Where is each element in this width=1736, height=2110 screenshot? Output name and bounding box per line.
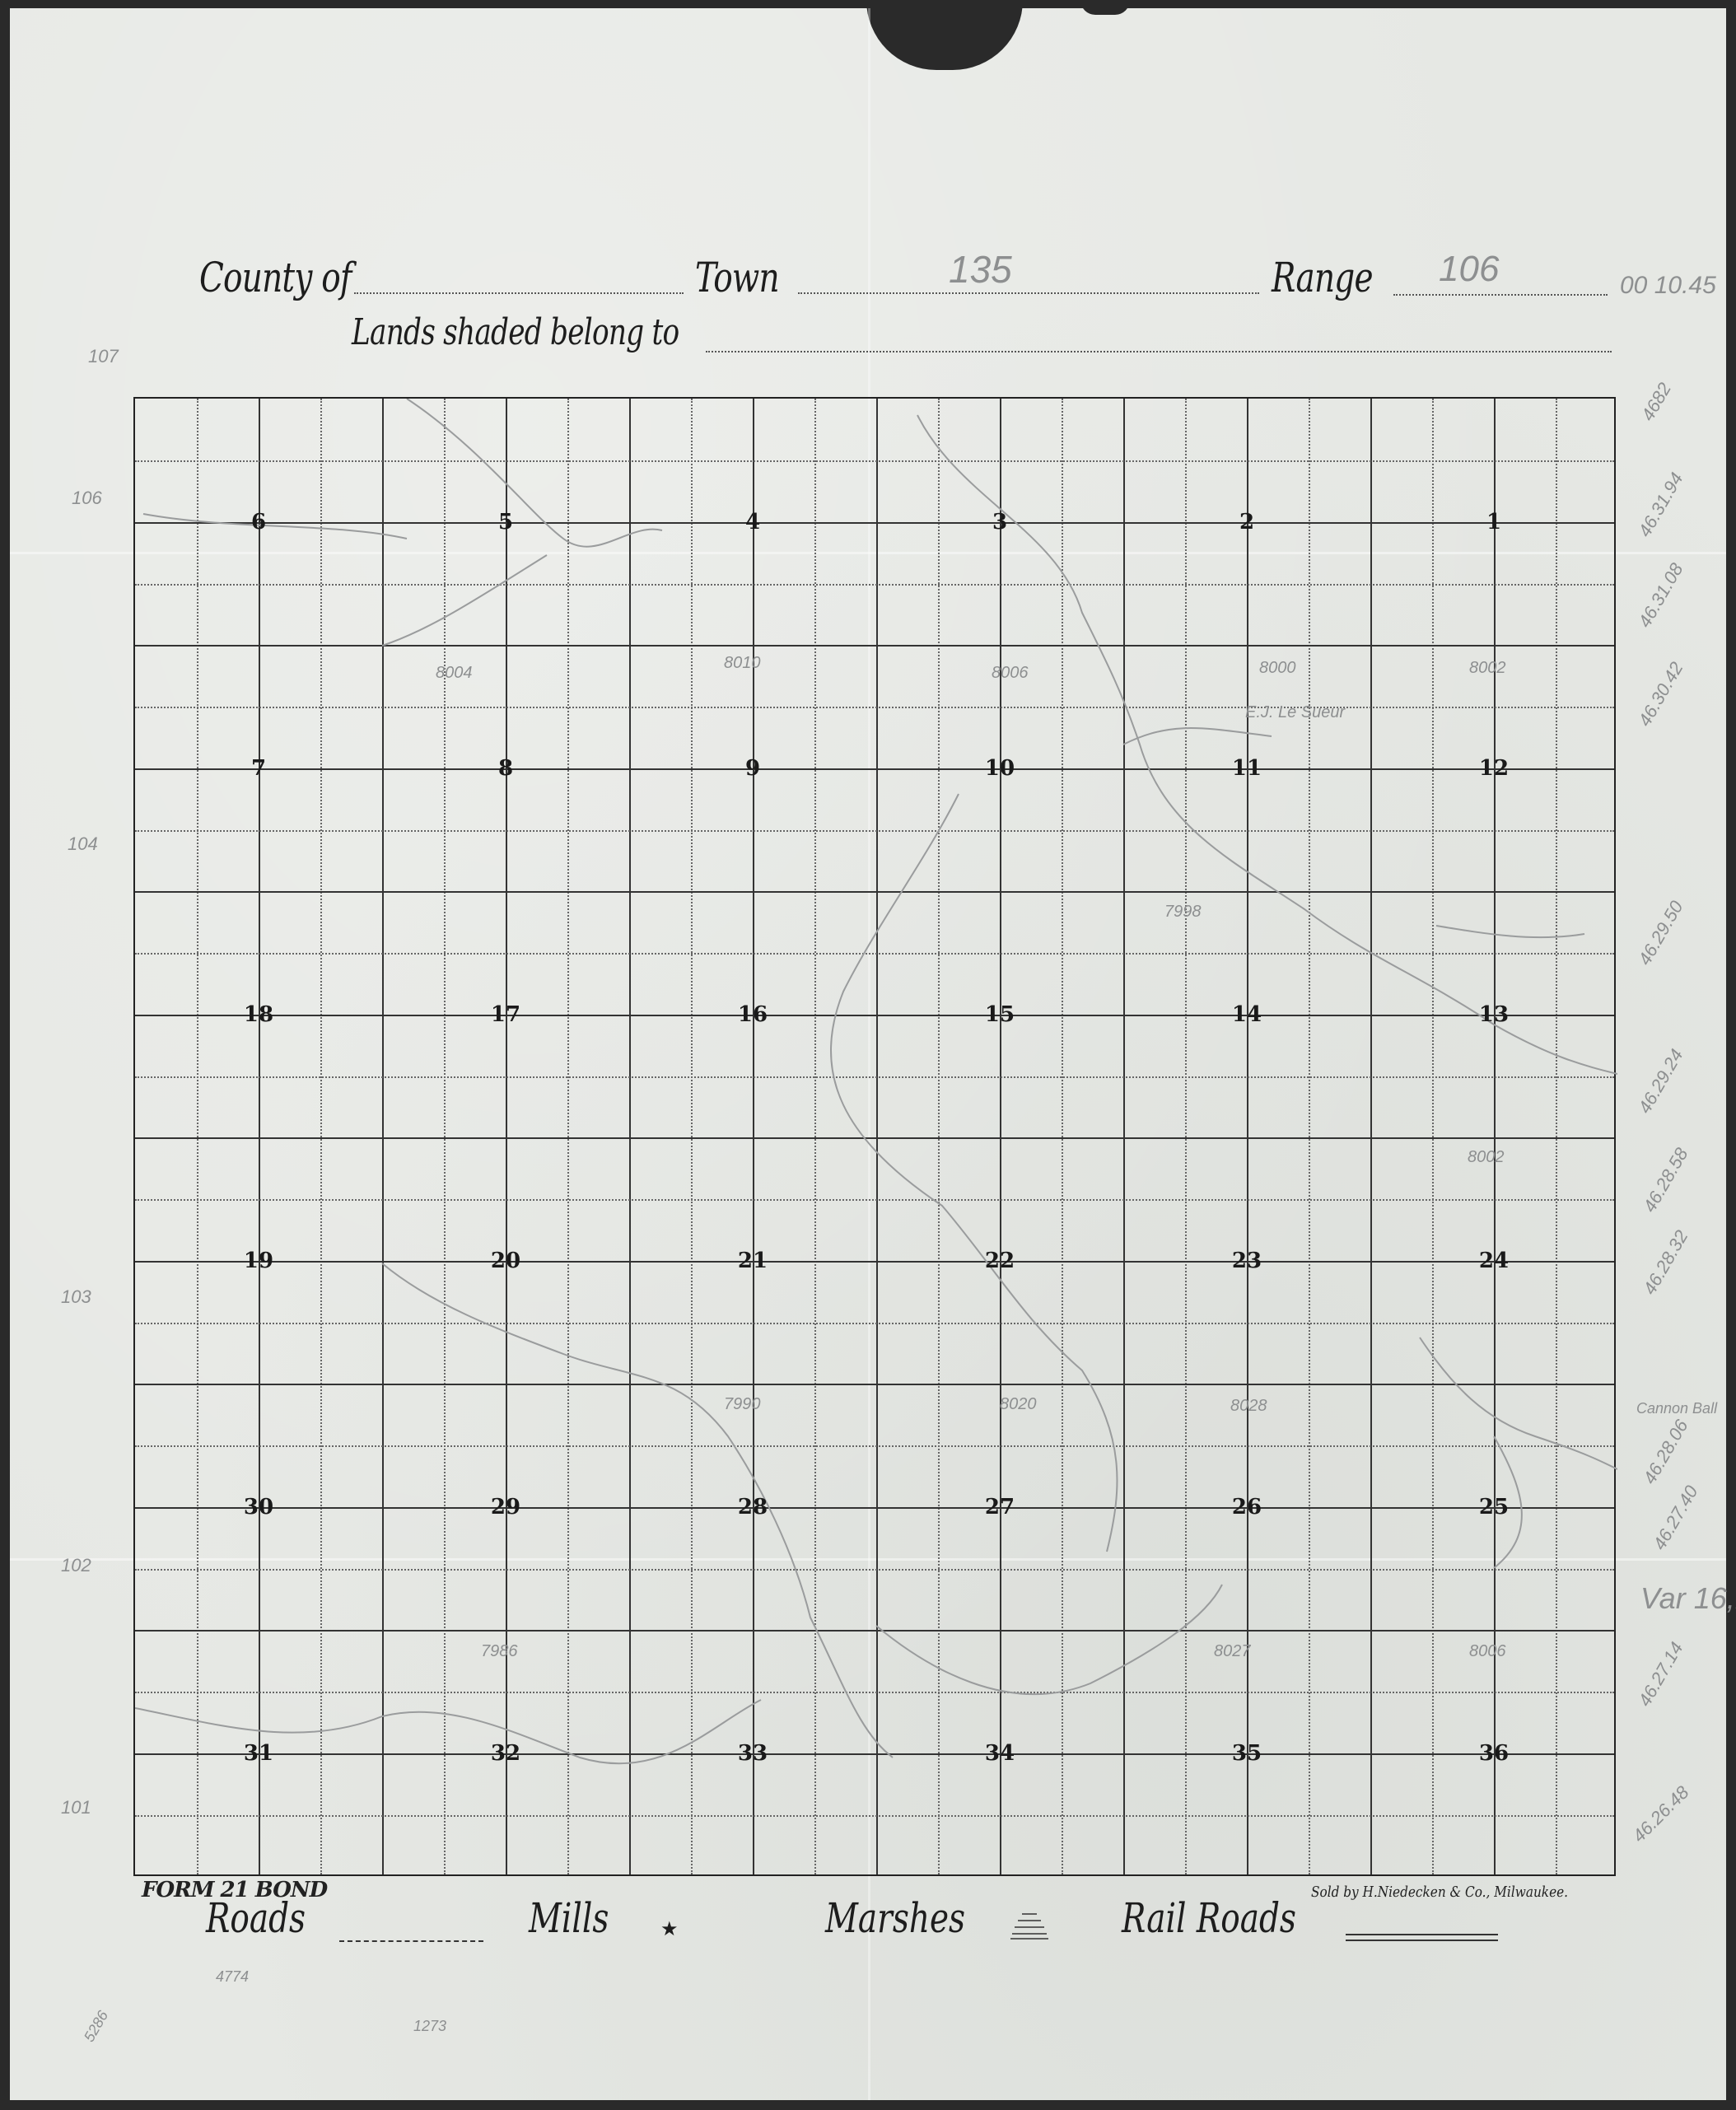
pencil-stream-traces bbox=[135, 399, 1617, 1878]
pencil-margin-right: 46.27.40 bbox=[1649, 1482, 1702, 1553]
pencil-margin-right: 46.28.32 bbox=[1639, 1226, 1692, 1298]
town-field[interactable] bbox=[798, 292, 1259, 294]
legend-roads-line bbox=[339, 1940, 483, 1942]
range-value: 106 bbox=[1439, 249, 1499, 290]
section-9[interactable]: 9 bbox=[745, 756, 760, 781]
owner-label: Lands shaded belong to bbox=[352, 311, 679, 353]
pencil-margin-right: 4682 bbox=[1637, 379, 1676, 424]
pencil-variation: Var 16,10 bbox=[1640, 1581, 1736, 1616]
section-29[interactable]: 29 bbox=[491, 1495, 520, 1519]
section-32[interactable]: 32 bbox=[491, 1741, 520, 1766]
section-11[interactable]: 11 bbox=[1232, 756, 1262, 781]
pencil-note: 7998 bbox=[1164, 903, 1202, 922]
section-31[interactable]: 31 bbox=[244, 1741, 273, 1766]
pencil-note: 8010 bbox=[724, 654, 761, 673]
pencil-note: 8020 bbox=[1000, 1395, 1037, 1414]
section-4[interactable]: 4 bbox=[745, 510, 760, 535]
pencil-note-topright: 00 10.45 bbox=[1620, 272, 1716, 300]
section-18[interactable]: 18 bbox=[244, 1002, 273, 1027]
sheet-notch bbox=[866, 0, 1023, 70]
township-grid: 6 5 4 3 2 1 7 8 9 10 11 12 18 17 16 15 1… bbox=[133, 397, 1616, 1876]
pencil-note-owner: E.J. Le Sueur bbox=[1245, 703, 1345, 722]
marsh-symbol-icon bbox=[1010, 1909, 1048, 1940]
section-16[interactable]: 16 bbox=[738, 1002, 768, 1027]
section-35[interactable]: 35 bbox=[1232, 1741, 1262, 1766]
pencil-margin: 102 bbox=[61, 1555, 91, 1576]
pencil-margin-right: 46.29.50 bbox=[1634, 897, 1687, 969]
range-field[interactable] bbox=[1393, 294, 1608, 296]
pencil-note: 8006 bbox=[992, 664, 1029, 683]
pencil-margin: 103 bbox=[61, 1286, 91, 1308]
section-36[interactable]: 36 bbox=[1479, 1741, 1509, 1766]
plat-sheet: County of Town 135 Range 106 00 10.45 La… bbox=[10, 8, 1726, 2100]
legend-mills: Mills bbox=[529, 1894, 609, 1942]
section-25[interactable]: 25 bbox=[1479, 1495, 1509, 1519]
section-13[interactable]: 13 bbox=[1479, 1002, 1509, 1027]
section-17[interactable]: 17 bbox=[491, 1002, 520, 1027]
section-19[interactable]: 19 bbox=[244, 1249, 273, 1273]
section-21[interactable]: 21 bbox=[738, 1249, 768, 1273]
range-label: Range bbox=[1272, 254, 1373, 301]
pencil-note: 8002 bbox=[1468, 1148, 1505, 1167]
section-5[interactable]: 5 bbox=[498, 510, 513, 535]
publisher-credit: Sold by H.Niedecken & Co., Milwaukee. bbox=[1311, 1884, 1568, 1901]
pencil-margin-right: 46.31.94 bbox=[1634, 469, 1687, 540]
section-14[interactable]: 14 bbox=[1232, 1002, 1262, 1027]
pencil-margin-right: 46.27.14 bbox=[1634, 1638, 1687, 1710]
pencil-margin: 101 bbox=[61, 1797, 91, 1818]
section-23[interactable]: 23 bbox=[1232, 1249, 1262, 1273]
pencil-bottom: 5286 bbox=[81, 2008, 112, 2045]
pencil-note: 8006 bbox=[1469, 1642, 1506, 1661]
pencil-margin-right: 46.26.48 bbox=[1628, 1782, 1693, 1847]
legend-roads: Roads bbox=[206, 1894, 306, 1942]
pencil-bottom: 1273 bbox=[413, 2018, 446, 2035]
pencil-margin-right: 46.29.24 bbox=[1634, 1045, 1687, 1117]
section-1[interactable]: 1 bbox=[1486, 510, 1501, 535]
county-field[interactable] bbox=[354, 292, 684, 294]
section-33[interactable]: 33 bbox=[738, 1741, 768, 1766]
pencil-margin-right: 46.28.58 bbox=[1639, 1144, 1692, 1216]
section-15[interactable]: 15 bbox=[985, 1002, 1015, 1027]
section-24[interactable]: 24 bbox=[1479, 1249, 1509, 1273]
section-8[interactable]: 8 bbox=[498, 756, 513, 781]
pencil-place-name: Cannon Ball bbox=[1636, 1400, 1717, 1417]
sheet-notch-small bbox=[1080, 0, 1130, 15]
pencil-note: 7990 bbox=[724, 1395, 761, 1414]
pencil-note: 8002 bbox=[1469, 659, 1506, 678]
pencil-bottom: 4774 bbox=[216, 1968, 249, 1986]
section-22[interactable]: 22 bbox=[985, 1249, 1015, 1273]
section-6[interactable]: 6 bbox=[251, 510, 266, 535]
section-7[interactable]: 7 bbox=[251, 756, 266, 781]
mill-star-icon: ★ bbox=[660, 1917, 679, 1940]
pencil-margin-right: 46.28.06 bbox=[1639, 1416, 1692, 1487]
section-12[interactable]: 12 bbox=[1479, 756, 1509, 781]
legend-railroad-line bbox=[1346, 1934, 1498, 1941]
owner-field[interactable] bbox=[706, 351, 1612, 352]
section-34[interactable]: 34 bbox=[985, 1741, 1015, 1766]
section-26[interactable]: 26 bbox=[1232, 1495, 1262, 1519]
section-20[interactable]: 20 bbox=[491, 1249, 520, 1273]
section-2[interactable]: 2 bbox=[1239, 510, 1254, 535]
section-3[interactable]: 3 bbox=[992, 510, 1007, 535]
pencil-margin: 107 bbox=[88, 346, 119, 367]
town-value: 135 bbox=[949, 247, 1012, 292]
section-10[interactable]: 10 bbox=[985, 756, 1015, 781]
pencil-margin: 104 bbox=[68, 833, 98, 855]
pencil-margin-right: 46.31.08 bbox=[1634, 559, 1687, 631]
pencil-margin: 106 bbox=[72, 488, 102, 509]
section-27[interactable]: 27 bbox=[985, 1495, 1015, 1519]
section-28[interactable]: 28 bbox=[738, 1495, 768, 1519]
section-30[interactable]: 30 bbox=[244, 1495, 273, 1519]
county-label: County of bbox=[199, 254, 352, 301]
pencil-note: 8028 bbox=[1230, 1397, 1267, 1416]
pencil-margin-right: 46.30.42 bbox=[1634, 658, 1687, 730]
pencil-note: 7986 bbox=[481, 1642, 518, 1661]
town-label: Town bbox=[695, 254, 779, 301]
pencil-note: 8027 bbox=[1214, 1642, 1251, 1661]
legend-railroads: Rail Roads bbox=[1122, 1894, 1296, 1942]
legend-marshes: Marshes bbox=[825, 1894, 965, 1942]
pencil-note: 8000 bbox=[1259, 659, 1296, 678]
pencil-note: 8004 bbox=[436, 664, 473, 683]
